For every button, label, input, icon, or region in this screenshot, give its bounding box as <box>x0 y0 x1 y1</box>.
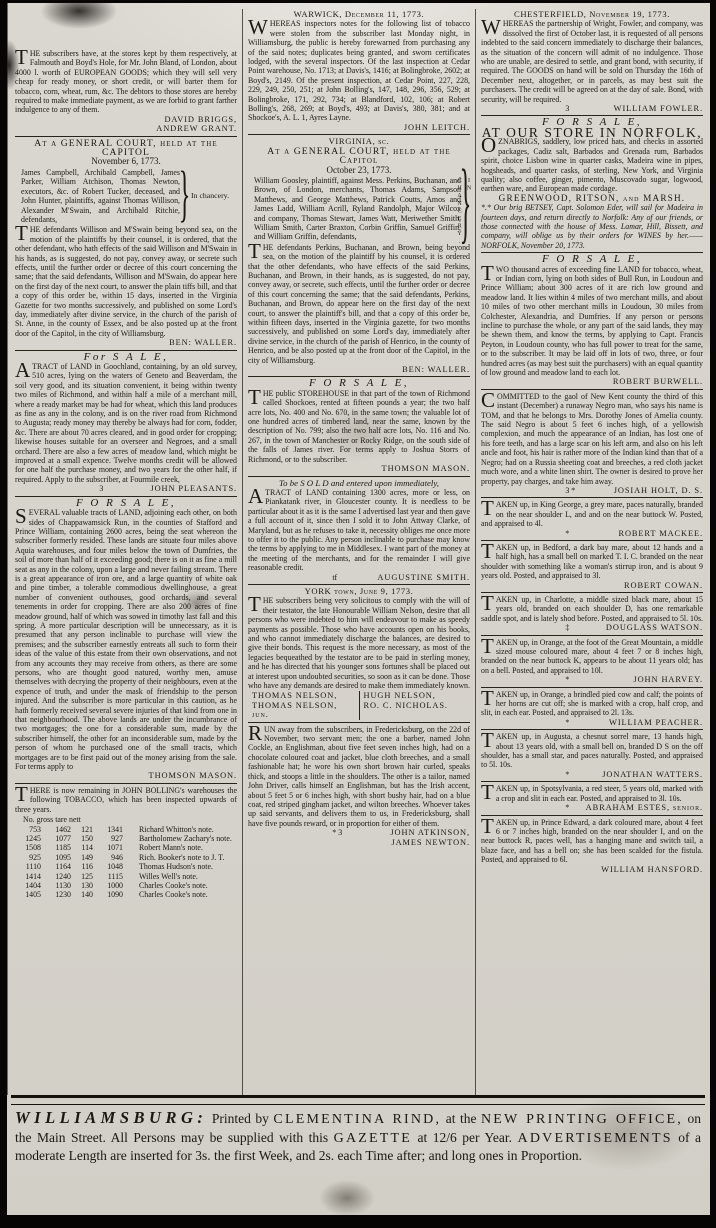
article-body: TAKEN up, in Augusta, a chesnut sorrel m… <box>481 732 703 770</box>
column-right: CHESTERFIELD, November 19, 1773.WHEREAS … <box>476 9 708 1095</box>
signature-name: WILLIAM PEACHER. <box>609 718 703 727</box>
article: TAKEN up, in Augusta, a chesnut sorrel m… <box>481 732 703 779</box>
tobacco-row: 141412401251115Willes Well's note. <box>15 872 237 881</box>
signature-line: JAMES NEWTON. <box>248 838 470 847</box>
signature-note: tf <box>332 573 337 582</box>
article-body: THE subscribers have, at the stores kept… <box>15 49 237 115</box>
drop-cap: T <box>248 243 263 260</box>
tobacco-owner: Rich. Booker's note to J. T. <box>139 853 224 862</box>
drop-cap: T <box>481 595 496 612</box>
article-heading: At a GENERAL COURT, held at the Capitol <box>248 147 470 166</box>
signature-name: WILLIAM FOWLER. <box>614 104 703 113</box>
signature-name: THOMSON MASON. <box>382 464 470 473</box>
signature-name: JOHN ATKINSON, <box>390 828 470 837</box>
signature-center: GREENWOOD, RITSON, and MARSH. <box>481 194 703 203</box>
signature-line: *ROBERT MACKEE. <box>481 529 703 538</box>
tobacco-nett: 1048 <box>93 862 123 871</box>
signature-line: BEN: WALLER. <box>15 338 237 347</box>
article-rule <box>481 729 703 730</box>
article-rule <box>481 497 703 498</box>
signature-note: * <box>565 675 569 684</box>
drop-cap: T <box>481 543 496 560</box>
article-body: ATRACT of LAND in Goochland, containing,… <box>15 362 237 484</box>
drop-cap: A <box>248 488 265 505</box>
tobacco-tare: 114 <box>71 843 93 852</box>
signature-line: JOHN LEITCH. <box>248 123 470 132</box>
drop-cap: T <box>15 49 30 66</box>
tobacco-no: 753 <box>15 825 41 834</box>
tobacco-owner: Willes Well's note. <box>139 872 198 881</box>
tobacco-owner: Charles Cooke's note. <box>139 890 208 899</box>
signature-name: AUGUSTINE SMITH. <box>377 573 470 582</box>
tobacco-nett: 1071 <box>93 843 123 852</box>
signature-line: ‡DOUGLASS WATSON. <box>481 623 703 632</box>
article-body: TAKEN up, in Spotsylvania, a red steer, … <box>481 784 703 803</box>
article: RUN away from the subscribers, in Freder… <box>248 725 470 847</box>
imprint-segment: NEW PRINTING OFFICE, <box>481 1112 683 1127</box>
signature-name: JOHN HARVEY. <box>633 675 703 684</box>
page-root: { "columns": [ { "id": "left", "articles… <box>0 0 716 1228</box>
drop-cap: W <box>248 19 270 36</box>
article-rule <box>248 134 470 135</box>
article-rule <box>481 540 703 541</box>
footer-rule <box>11 1095 705 1105</box>
imprint-segment: at the <box>441 1111 481 1126</box>
article: CHESTERFIELD, November 19, 1773.WHEREAS … <box>481 10 703 113</box>
article-rule <box>481 389 703 390</box>
article: F O R S A L E,TWO thousand acres of exce… <box>481 255 703 387</box>
imprint-segment: GAZETTE <box>334 1131 412 1146</box>
tobacco-owner: Charles Cooke's note. <box>139 881 208 890</box>
tobacco-no: 1245 <box>15 834 41 843</box>
signature-line: 3JOHN PLEASANTS. <box>15 484 237 493</box>
article: YORK town, June 9, 1773.THE subscribers … <box>248 587 470 720</box>
tobacco-gross: 1462 <box>41 825 71 834</box>
tobacco-tare: 150 <box>71 834 93 843</box>
article-rule <box>481 687 703 688</box>
signature-name: WILLIAM HANSFORD. <box>601 865 703 874</box>
article: THE subscribers have, at the stores kept… <box>15 49 237 134</box>
article-body: SEVERAL valuable tracts of LAND, adjoini… <box>15 508 237 771</box>
signature-name: THOMAS NELSON, <box>252 691 355 700</box>
signature-line: * 3JOHN ATKINSON, <box>248 828 470 837</box>
article: F O R S A L E,AT OUR STORE IN NORFOLK,OZ… <box>481 118 703 250</box>
signature-columns: THOMAS NELSON,THOMAS NELSON, jun.HUGH NE… <box>248 691 470 719</box>
article-body: THE public STOREHOUSE in that part of th… <box>248 389 470 464</box>
article-rule <box>248 584 470 585</box>
article-heading: F O R S A L E, <box>15 499 237 508</box>
court-parties: James Campbell, Archibald Campbell, Jame… <box>15 168 237 224</box>
drop-cap: T <box>248 389 263 406</box>
imprint-segment: at 12/6 per Year. <box>412 1130 518 1145</box>
drop-cap: T <box>481 265 496 282</box>
signature-name: THOMSON MASON. <box>149 771 237 780</box>
tobacco-nett: 1090 <box>93 890 123 899</box>
signature-line: 3WILLIAM FOWLER. <box>481 104 703 113</box>
article-heading: F O R S A L E, <box>481 255 703 264</box>
article: TAKEN up, in Orange, at the foot of the … <box>481 638 703 685</box>
article-body: COMMITTED to the gaol of New Kent county… <box>481 392 703 486</box>
imprint-segment: WILLIAMSBURG: <box>15 1108 207 1127</box>
article-heading: WARWICK, December 11, 1773. <box>248 10 470 19</box>
signature-line: ANDREW GRANT. <box>15 124 237 133</box>
signature-line: *JOHN HARVEY. <box>481 675 703 684</box>
tobacco-row: 9251095149946Rich. Booker's note to J. T… <box>15 853 237 862</box>
tobacco-owner: Bartholomew Zachary's note. <box>139 834 232 843</box>
article-rule <box>481 781 703 782</box>
signature-line: BEN: WALLER. <box>248 365 470 374</box>
signature-name: ROBERT MACKEE. <box>618 529 703 538</box>
tobacco-gross: 1185 <box>41 843 71 852</box>
signature-line: THOMSON MASON. <box>248 464 470 473</box>
article: VIRGINIA, sc.At a GENERAL COURT, held at… <box>248 137 470 374</box>
signature-name: DOUGLASS WATSON. <box>606 623 703 632</box>
tobacco-tare: 116 <box>71 862 93 871</box>
drop-cap: T <box>248 596 263 613</box>
imprint-segment: CLEMENTINA RIND, <box>273 1112 441 1127</box>
article: To be S O L D and entered upon immediate… <box>248 479 470 582</box>
article-body: TAKEN up, in Prince Edward, a dark colou… <box>481 818 703 865</box>
article-body: RUN away from the subscribers, in Freder… <box>248 725 470 828</box>
signature-line: THOMSON MASON. <box>15 771 237 780</box>
signature-line: *ABRAHAM ESTES, senior. <box>481 803 703 812</box>
drop-cap: T <box>15 225 30 242</box>
signature-name: JAMES NEWTON. <box>391 838 470 847</box>
signature-name: JONATHAN WATTERS. <box>602 770 703 779</box>
article-rule <box>481 592 703 593</box>
tobacco-row: 111011641161048Thomas Hudson's note. <box>15 862 237 871</box>
article: THERE is now remaining in JOHN BOLLING's… <box>15 786 237 900</box>
tobacco-owner: Richard Whitton's note. <box>139 825 214 834</box>
signature-name: BEN: WALLER. <box>402 365 470 374</box>
tobacco-row: 75314621211341Richard Whitton's note. <box>15 825 237 834</box>
drop-cap: T <box>481 818 496 835</box>
signature-line: 3 *JOSIAH HOLT, D. S. <box>481 486 703 495</box>
tobacco-no: 1414 <box>15 872 41 881</box>
parties-brace-icon: } <box>180 123 189 270</box>
drop-cap: T <box>481 690 496 707</box>
tobacco-gross: 1077 <box>41 834 71 843</box>
signature-note: * <box>565 529 569 538</box>
tobacco-owner: Robert Mann's note. <box>139 843 203 852</box>
article: TAKEN up, in Spotsylvania, a red steer, … <box>481 784 703 812</box>
tobacco-gross: 1230 <box>41 890 71 899</box>
signature-line: *WILLIAM PEACHER. <box>481 718 703 727</box>
drop-cap: T <box>15 786 30 803</box>
tobacco-gross: 1095 <box>41 853 71 862</box>
column-middle: WARWICK, December 11, 1773.WHEREAS inspe… <box>243 9 475 1095</box>
signature-note: 3 <box>99 484 103 493</box>
tobacco-nett: 1115 <box>93 872 123 881</box>
signature-name: ABRAHAM ESTES, senior. <box>586 803 703 812</box>
article-rule <box>481 815 703 816</box>
article-body: WHEREAS the partnership of Wright, Fowle… <box>481 19 703 104</box>
article-body: TAKEN up, in Charlotte, a middle sized b… <box>481 595 703 623</box>
parties-text: James Campbell, Archibald Campbell, Jame… <box>15 168 180 224</box>
signature-name: THOMAS NELSON, jun. <box>252 701 355 720</box>
tobacco-row: 140411301301000Charles Cooke's note. <box>15 881 237 890</box>
drop-cap: W <box>481 19 503 36</box>
article-body: THERE is now remaining in JOHN BOLLING's… <box>15 786 237 814</box>
court-parties: William Goosley, plaintiff, against Mess… <box>248 176 470 242</box>
article-heading: November 6, 1773. <box>15 157 237 166</box>
signature-line: *JONATHAN WATTERS. <box>481 770 703 779</box>
article: WARWICK, December 11, 1773.WHEREAS inspe… <box>248 10 470 132</box>
article: COMMITTED to the gaol of New Kent county… <box>481 392 703 495</box>
tobacco-nett: 1000 <box>93 881 123 890</box>
tobacco-no: 1405 <box>15 890 41 899</box>
tobacco-tare: 140 <box>71 890 93 899</box>
tobacco-tare: 149 <box>71 853 93 862</box>
article-rule <box>248 722 470 723</box>
signature-line: tfAUGUSTINE SMITH. <box>248 573 470 582</box>
article-rule <box>481 635 703 636</box>
article: For S A L E,ATRACT of LAND in Goochland,… <box>15 353 237 494</box>
drop-cap: R <box>248 725 264 742</box>
article-heading: CHESTERFIELD, November 19, 1773. <box>481 10 703 19</box>
article-body: TAKEN up, in King George, a grey mare, p… <box>481 500 703 528</box>
signature-note: ‡ <box>565 623 569 632</box>
signature-note: * <box>565 718 569 727</box>
signature-name: ROBERT BURWELL. <box>613 377 703 386</box>
signature-line: ROBERT BURWELL. <box>481 377 703 386</box>
article: TAKEN up, in Bedford, a dark bay mare, a… <box>481 543 703 590</box>
signature-note: 3 <box>565 104 569 113</box>
tobacco-nett: 946 <box>93 853 123 862</box>
tobacco-gross: 1130 <box>41 881 71 890</box>
footer: WILLIAMSBURG: Printed by CLEMENTINA RIND… <box>11 1095 705 1165</box>
imprint: WILLIAMSBURG: Printed by CLEMENTINA RIND… <box>11 1109 705 1165</box>
tobacco-gross: 1164 <box>41 862 71 871</box>
parties-text: William Goosley, plaintiff, against Mess… <box>248 176 461 242</box>
signature-name: JOSIAH HOLT, D. S. <box>614 486 703 495</box>
article-body: TWO thousand acres of exceeding fine LAN… <box>481 265 703 378</box>
drop-cap: T <box>481 638 496 655</box>
article-postscript: *.* Our brig BETSEY, Capt. Solomon Eder,… <box>481 203 703 250</box>
article: TAKEN up, in Prince Edward, a dark colou… <box>481 818 703 874</box>
article-body: ATRACT of LAND containing 1300 acres, mo… <box>248 488 470 573</box>
article-body: TAKEN up, in Bedford, a dark bay mare, a… <box>481 543 703 581</box>
article: F O R S A L E,SEVERAL valuable tracts of… <box>15 499 237 781</box>
drop-cap: C <box>481 392 497 409</box>
imprint-segment: ADVERTISEMENTS <box>518 1131 673 1146</box>
drop-cap: S <box>15 508 29 525</box>
columns: THE subscribers have, at the stores kept… <box>7 3 710 1095</box>
column-left: THE subscribers have, at the stores kept… <box>10 9 242 1095</box>
chancery-note: IN CHANCERY. <box>454 178 473 246</box>
tobacco-nett: 1341 <box>93 825 123 834</box>
signature-col-left: THOMAS NELSON,THOMAS NELSON, jun. <box>248 691 360 719</box>
signature-line: ROBERT COWAN. <box>481 581 703 590</box>
article-heading: F O R S A L E, <box>248 379 470 388</box>
tobacco-tare: 121 <box>71 825 93 834</box>
drop-cap: T <box>481 732 496 749</box>
tobacco-nett: 927 <box>93 834 123 843</box>
tobacco-tare: 130 <box>71 881 93 890</box>
signature-name: ROBERT COWAN. <box>624 581 703 590</box>
article-heading: YORK town, June 9, 1773. <box>248 587 470 596</box>
signature-note: * <box>565 770 569 779</box>
drop-cap: T <box>481 500 496 517</box>
tobacco-row: 12451077150927Bartholomew Zachary's note… <box>15 834 237 843</box>
signature-note: * 3 <box>332 828 342 837</box>
tobacco-row: 140512301401090Charles Cooke's note. <box>15 890 237 899</box>
tobacco-gross: 1240 <box>41 872 71 881</box>
tobacco-owner: Thomas Hudson's note. <box>139 862 213 871</box>
newspaper-page: THE subscribers have, at the stores kept… <box>7 3 710 1215</box>
article: TAKEN up, in Orange, a brindled pied cow… <box>481 690 703 728</box>
signature-name: RO. C. NICHOLAS. <box>364 701 467 710</box>
signature-name: ANDREW GRANT. <box>156 124 237 133</box>
article: TAKEN up, in King George, a grey mare, p… <box>481 500 703 538</box>
article-body: OZNABRIGS, saddlery, low priced hats, an… <box>481 137 703 193</box>
article-heading: To be S O L D and entered upon immediate… <box>248 479 470 488</box>
tobacco-no: 1508 <box>15 843 41 852</box>
imprint-segment: Printed by <box>207 1111 273 1126</box>
article-body: TAKEN up, in Orange, at the foot of the … <box>481 638 703 676</box>
drop-cap: T <box>481 784 496 801</box>
article-body: TAKEN up, in Orange, a brindled pied cow… <box>481 690 703 718</box>
article-heading: For S A L E, <box>15 353 237 362</box>
tobacco-table-header: No. gross tare nett <box>15 815 237 824</box>
signature-name: HUGH NELSON, <box>364 691 467 700</box>
signature-name: BEN: WALLER. <box>169 338 237 347</box>
article-heading: October 23, 1773. <box>248 166 470 175</box>
tobacco-no: 925 <box>15 853 41 862</box>
tobacco-tare: 125 <box>71 872 93 881</box>
article-heading: AT OUR STORE IN NORFOLK, <box>481 128 703 137</box>
drop-cap: A <box>15 362 32 379</box>
tobacco-table: No. gross tare nett75314621211341Richard… <box>15 815 237 900</box>
signature-name: JOHN PLEASANTS. <box>150 484 237 493</box>
signature-line: WILLIAM HANSFORD. <box>481 865 703 874</box>
tobacco-no: 1404 <box>15 881 41 890</box>
signature-col-right: HUGH NELSON,RO. C. NICHOLAS. <box>360 691 471 719</box>
article-body: THE defendants Perkins, Buchanan, and Br… <box>248 243 470 365</box>
signature-name: DAVID BRIGGS, <box>164 115 237 124</box>
signature-line: DAVID BRIGGS, <box>15 115 237 124</box>
signature-note: * <box>565 803 569 812</box>
article: F O R S A L E,THE public STOREHOUSE in t… <box>248 379 470 473</box>
article-body: THE subscribers being very solicitous to… <box>248 596 470 690</box>
article-body: THE defendants Willison and M'Swain bein… <box>15 225 237 338</box>
article: TAKEN up, in Charlotte, a middle sized b… <box>481 595 703 633</box>
article-body: WHEREAS inspectors notes for the followi… <box>248 19 470 122</box>
chancery-note: In chancery. <box>189 191 237 200</box>
article-rule <box>248 476 470 477</box>
tobacco-row: 150811851141071Robert Mann's note. <box>15 843 237 852</box>
article-rule <box>15 136 237 137</box>
signature-note: 3 * <box>565 486 575 495</box>
tobacco-no: 1110 <box>15 862 41 871</box>
article: At a GENERAL COURT, held at the CAPITOLN… <box>15 139 237 348</box>
article-rule <box>15 783 237 784</box>
article-heading: At a GENERAL COURT, held at the CAPITOL <box>15 139 237 158</box>
